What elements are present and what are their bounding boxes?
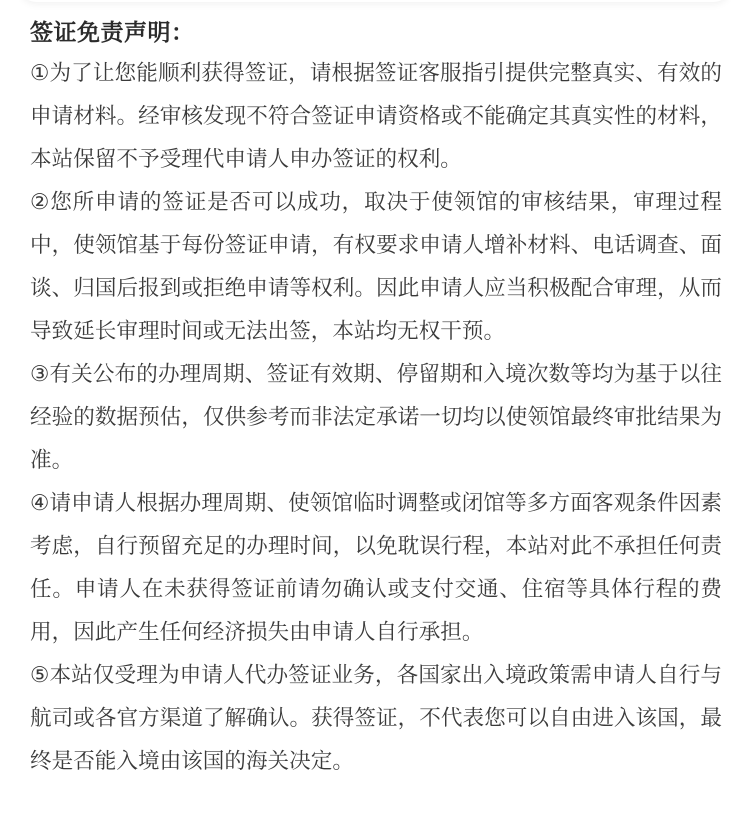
visa-disclaimer-section: 签证免责声明： ①为了让您能顺利获得签证，请根据签证客服指引提供完整真实、有效的… (30, 16, 722, 783)
clause-text: 请申请人根据办理周期、使领馆临时调整或闭馆等多方面客观条件因素考虑，自行预留充足… (30, 491, 722, 645)
clause-text: 为了让您能顺利获得签证，请根据签证客服指引提供完整真实、有效的申请材料。经审核发… (30, 61, 722, 172)
clause-marker: ④ (30, 491, 49, 516)
disclaimer-title: 签证免责声明： (30, 16, 722, 50)
disclaimer-clause-2: ②您所申请的签证是否可以成功，取决于使领馆的审核结果，审理过程中，使领馆基于每份… (30, 181, 722, 353)
clause-text: 您所申请的签证是否可以成功，取决于使领馆的审核结果，审理过程中，使领馆基于每份签… (30, 190, 722, 344)
disclaimer-clause-3: ③有关公布的办理周期、签证有效期、停留期和入境次数等均为基于以往经验的数据预估，… (30, 353, 722, 482)
clause-marker: ③ (30, 362, 49, 387)
clause-marker: ⑤ (30, 663, 49, 688)
clause-text: 本站仅受理为申请人代办签证业务，各国家出入境政策需申请人自行与航司或各官方渠道了… (30, 663, 722, 774)
clause-marker: ① (30, 61, 49, 86)
clause-marker: ② (30, 190, 50, 215)
disclaimer-clause-1: ①为了让您能顺利获得签证，请根据签证客服指引提供完整真实、有效的申请材料。经审核… (30, 52, 722, 181)
clause-text: 有关公布的办理周期、签证有效期、停留期和入境次数等均为基于以往经验的数据预估，仅… (30, 362, 722, 473)
disclaimer-clause-5: ⑤本站仅受理为申请人代办签证业务，各国家出入境政策需申请人自行与航司或各官方渠道… (30, 654, 722, 783)
disclaimer-clause-4: ④请申请人根据办理周期、使领馆临时调整或闭馆等多方面客观条件因素考虑，自行预留充… (30, 482, 722, 654)
top-card-shadow (20, 0, 730, 2)
